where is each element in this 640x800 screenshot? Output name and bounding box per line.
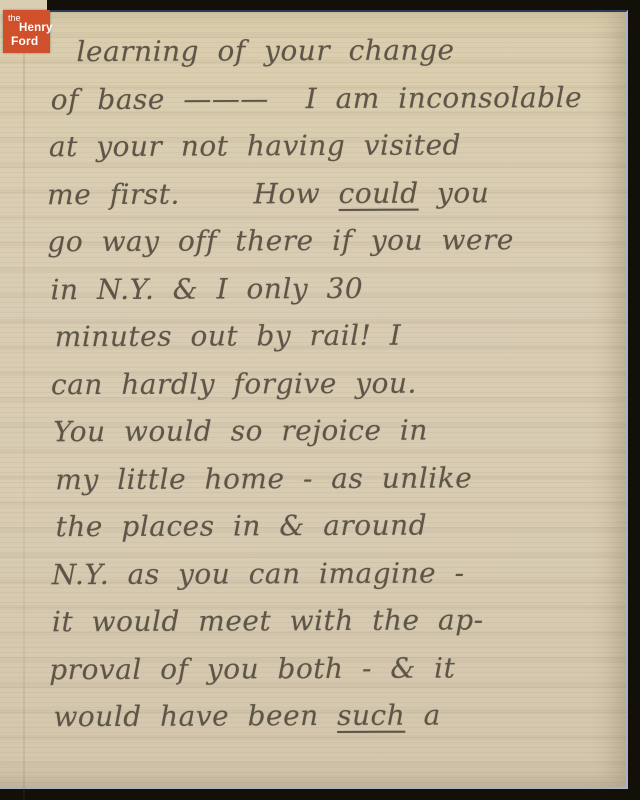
underlined-word: could: [339, 176, 419, 209]
letter-line: N.Y. as you can imagine -: [49, 555, 624, 605]
letter-line: me first. How could you: [47, 175, 622, 225]
line-text: at your not having visited: [49, 128, 461, 163]
letter-line: learning of your change: [46, 33, 621, 83]
line-text: of base ——— I am inconsolable: [51, 80, 583, 115]
line-text: me first. How: [47, 176, 339, 210]
letter-line: in N.Y. & I only 30: [47, 270, 622, 320]
line-text: proval of you both - & it: [49, 651, 455, 686]
letter-body: learning of your change of base ——— I am…: [46, 33, 624, 748]
underlined-word: such: [337, 699, 405, 732]
letter-line: can hardly forgive you.: [48, 365, 623, 415]
line-text: learning of your change: [76, 33, 454, 68]
line-text: can hardly forgive you.: [51, 366, 417, 401]
letter-line: it would meet with the ap-: [49, 603, 624, 653]
line-text: would have been: [53, 699, 337, 733]
letter-line: the places in & around: [49, 508, 624, 558]
letter-line: go way off there if you were: [47, 223, 622, 273]
letter-line: at your not having visited: [47, 128, 622, 178]
henry-ford-logo: the Henry Ford: [3, 10, 50, 53]
letter-line: proval of you both - & it: [49, 650, 624, 700]
logo-word-henry: Henry: [19, 23, 50, 34]
scanned-letter-page: { "logo": { "the": "the", "henry": "Henr…: [0, 0, 640, 800]
letter-line: minutes out by rail! I: [48, 318, 623, 368]
line-text: the places in & around: [56, 509, 428, 544]
line-text: You would so rejoice in: [53, 414, 428, 449]
line-text: it would meet with the ap-: [52, 603, 484, 638]
letter-line: my little home - as unlike: [48, 460, 623, 510]
line-text: minutes out by rail! I: [55, 319, 402, 354]
line-text: a: [405, 699, 441, 732]
line-text: you: [419, 176, 490, 209]
letter-line: You would so rejoice in: [48, 413, 623, 463]
paper-fold-crease: [23, 22, 25, 799]
line-text: N.Y. as you can imagine -: [52, 556, 465, 591]
line-text: go way off there if you were: [47, 223, 514, 258]
letter-line: would have been such a: [49, 698, 624, 748]
logo-word-ford: Ford: [11, 35, 50, 47]
line-text: in N.Y. & I only 30: [50, 271, 363, 305]
letter-line: of base ——— I am inconsolable: [47, 80, 622, 130]
line-text: my little home - as unlike: [55, 461, 472, 496]
